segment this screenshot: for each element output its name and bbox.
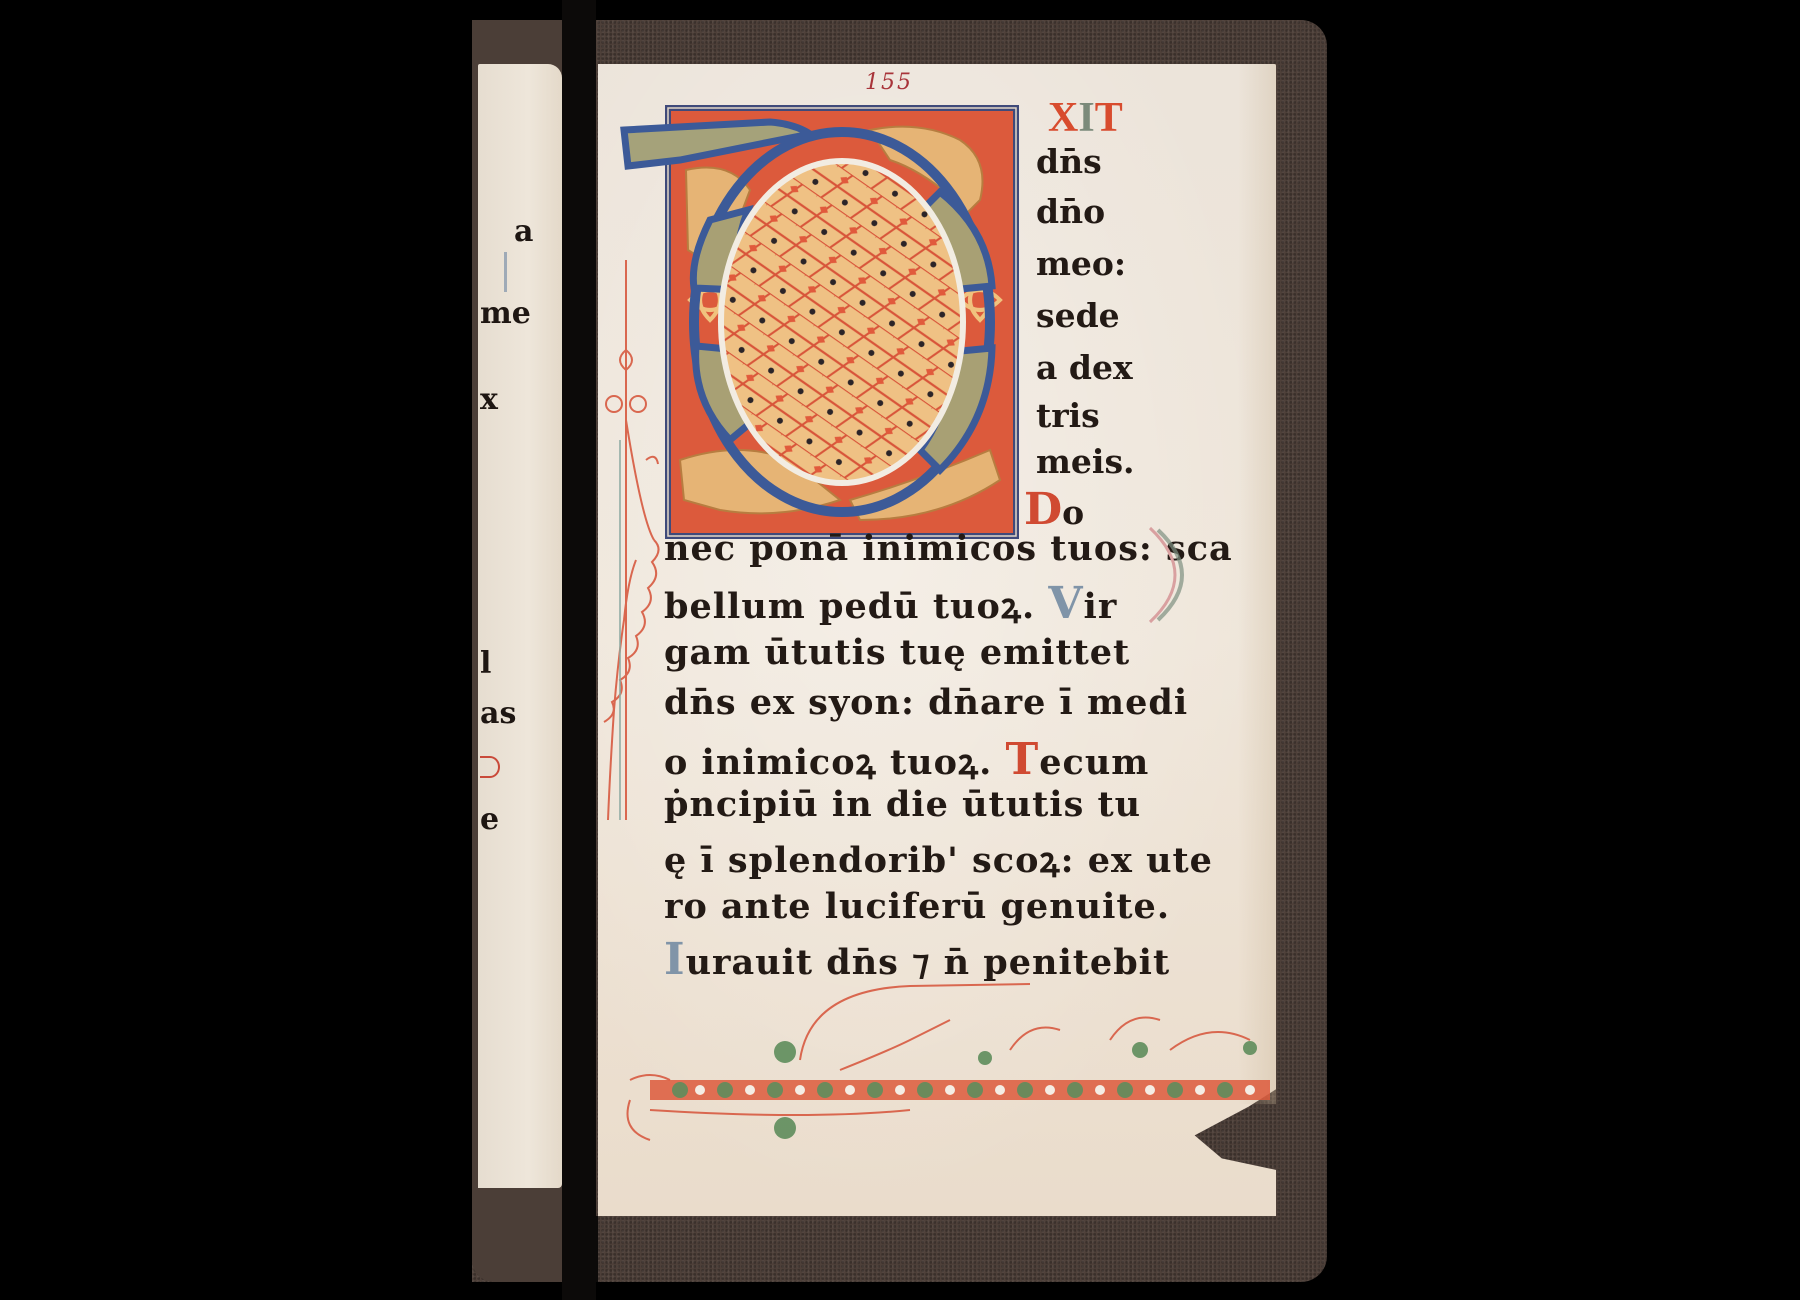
text-line: a dex [1036,348,1133,387]
text-line: bellum pedū tuoꝝ. Vir [664,578,1117,629]
left-fragment-text: e [480,802,499,837]
text-line: Iurauit dn̄s ⁊ n̄ penitebit [664,934,1170,985]
text-line: ę ī splendorib' scoꝝ: ex ute [664,836,1213,883]
margin-penwork-flourish-icon [590,260,670,960]
text-fragment: o inimicoꝝ tuoꝝ. [664,742,992,783]
blue-ink-mark [504,252,507,292]
text-fragment: ecum [1039,742,1149,783]
left-fragment-text: a [514,214,533,249]
text-fragment: ir [1084,586,1118,627]
text-line: gam ūtutis tuę emittet [664,632,1130,673]
text-line: dn̄s [1036,142,1102,181]
text-line: sede [1036,296,1120,335]
left-fragment-text: me [480,296,531,331]
text-fragment: bellum pedū tuoꝝ. [664,586,1035,627]
text-line: meis. [1036,442,1135,481]
left-fragment-text: x [480,382,498,417]
page-edge-shading [1238,64,1276,1104]
red-ink-mark [480,756,500,778]
text-line: o inimicoꝝ tuoꝝ. Tecum [664,734,1149,785]
text-fragment: o [1062,493,1084,532]
text-line: dn̄o [1036,192,1105,231]
left-facing-page: a me x l as e [478,64,562,1188]
left-fragment-text: as [480,696,516,731]
text-line: meo: [1036,244,1126,283]
margin-bracket-icon [1140,520,1200,630]
rubric-heading: XIT [1048,94,1123,142]
text-line: dn̄s ex syon: dn̄are ī medi [664,682,1188,723]
left-fragment-text: l [480,646,491,681]
text-line: ro ante luciferū genuite. [664,886,1170,927]
rubric-char: X [1048,95,1078,141]
blue-capital: V [1048,578,1083,629]
text-fragment: urauit dn̄s ⁊ n̄ penitebit [686,942,1171,983]
illuminated-initial-d-icon [620,100,1024,540]
text-line: tris [1036,396,1100,435]
bottom-border-penwork-icon [610,980,1276,1160]
rubric-char: T [1095,95,1123,141]
red-capital: T [1006,734,1040,785]
text-line: ṗncipiū in die ūtutis tu [664,784,1141,825]
spine-edge [596,1216,598,1282]
rubric-char: I [1078,95,1094,141]
folio-number: 155 [865,70,913,95]
